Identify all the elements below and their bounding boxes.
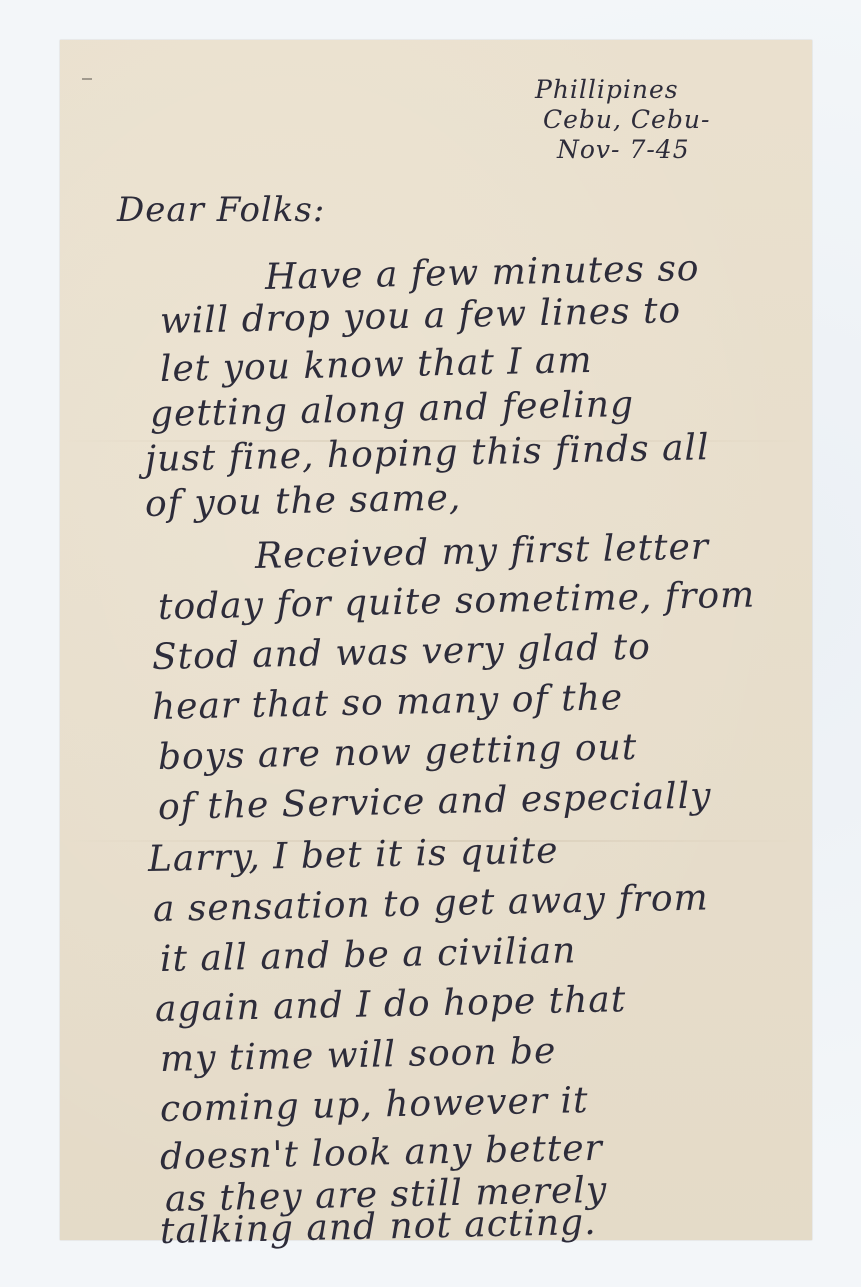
body-line: hear that so many of the xyxy=(152,678,624,728)
body-line: of the Service and especially xyxy=(158,776,712,828)
body-line: Larry, I bet it is quite xyxy=(148,831,559,880)
body-line: let you know that I am xyxy=(160,341,593,390)
body-line: Received my first letter xyxy=(255,527,710,577)
body-line: again and I do hope that xyxy=(155,980,627,1030)
body-line: getting along and feeling xyxy=(150,385,635,435)
body-line: of you the same, xyxy=(145,478,462,525)
body-line: a sensation to get away from xyxy=(153,878,710,930)
letter-page: Phillipines Cebu, Cebu- Nov- 7-45 Dear F… xyxy=(60,40,812,1240)
body-line: boys are now getting out xyxy=(158,728,638,778)
body-line: coming up, however it xyxy=(160,1081,589,1130)
body-line: it all and be a civilian xyxy=(160,931,577,980)
body-line: my time will soon be xyxy=(160,1032,557,1080)
body-line: today for quite sometime, from xyxy=(158,575,756,627)
body-line: will drop you a few lines to xyxy=(160,291,682,342)
body-line: just fine, hoping this finds all xyxy=(145,428,710,480)
body-line: Stod and was very glad to xyxy=(152,628,652,678)
letter-body: Have a few minutes so will drop you a fe… xyxy=(60,40,812,1240)
